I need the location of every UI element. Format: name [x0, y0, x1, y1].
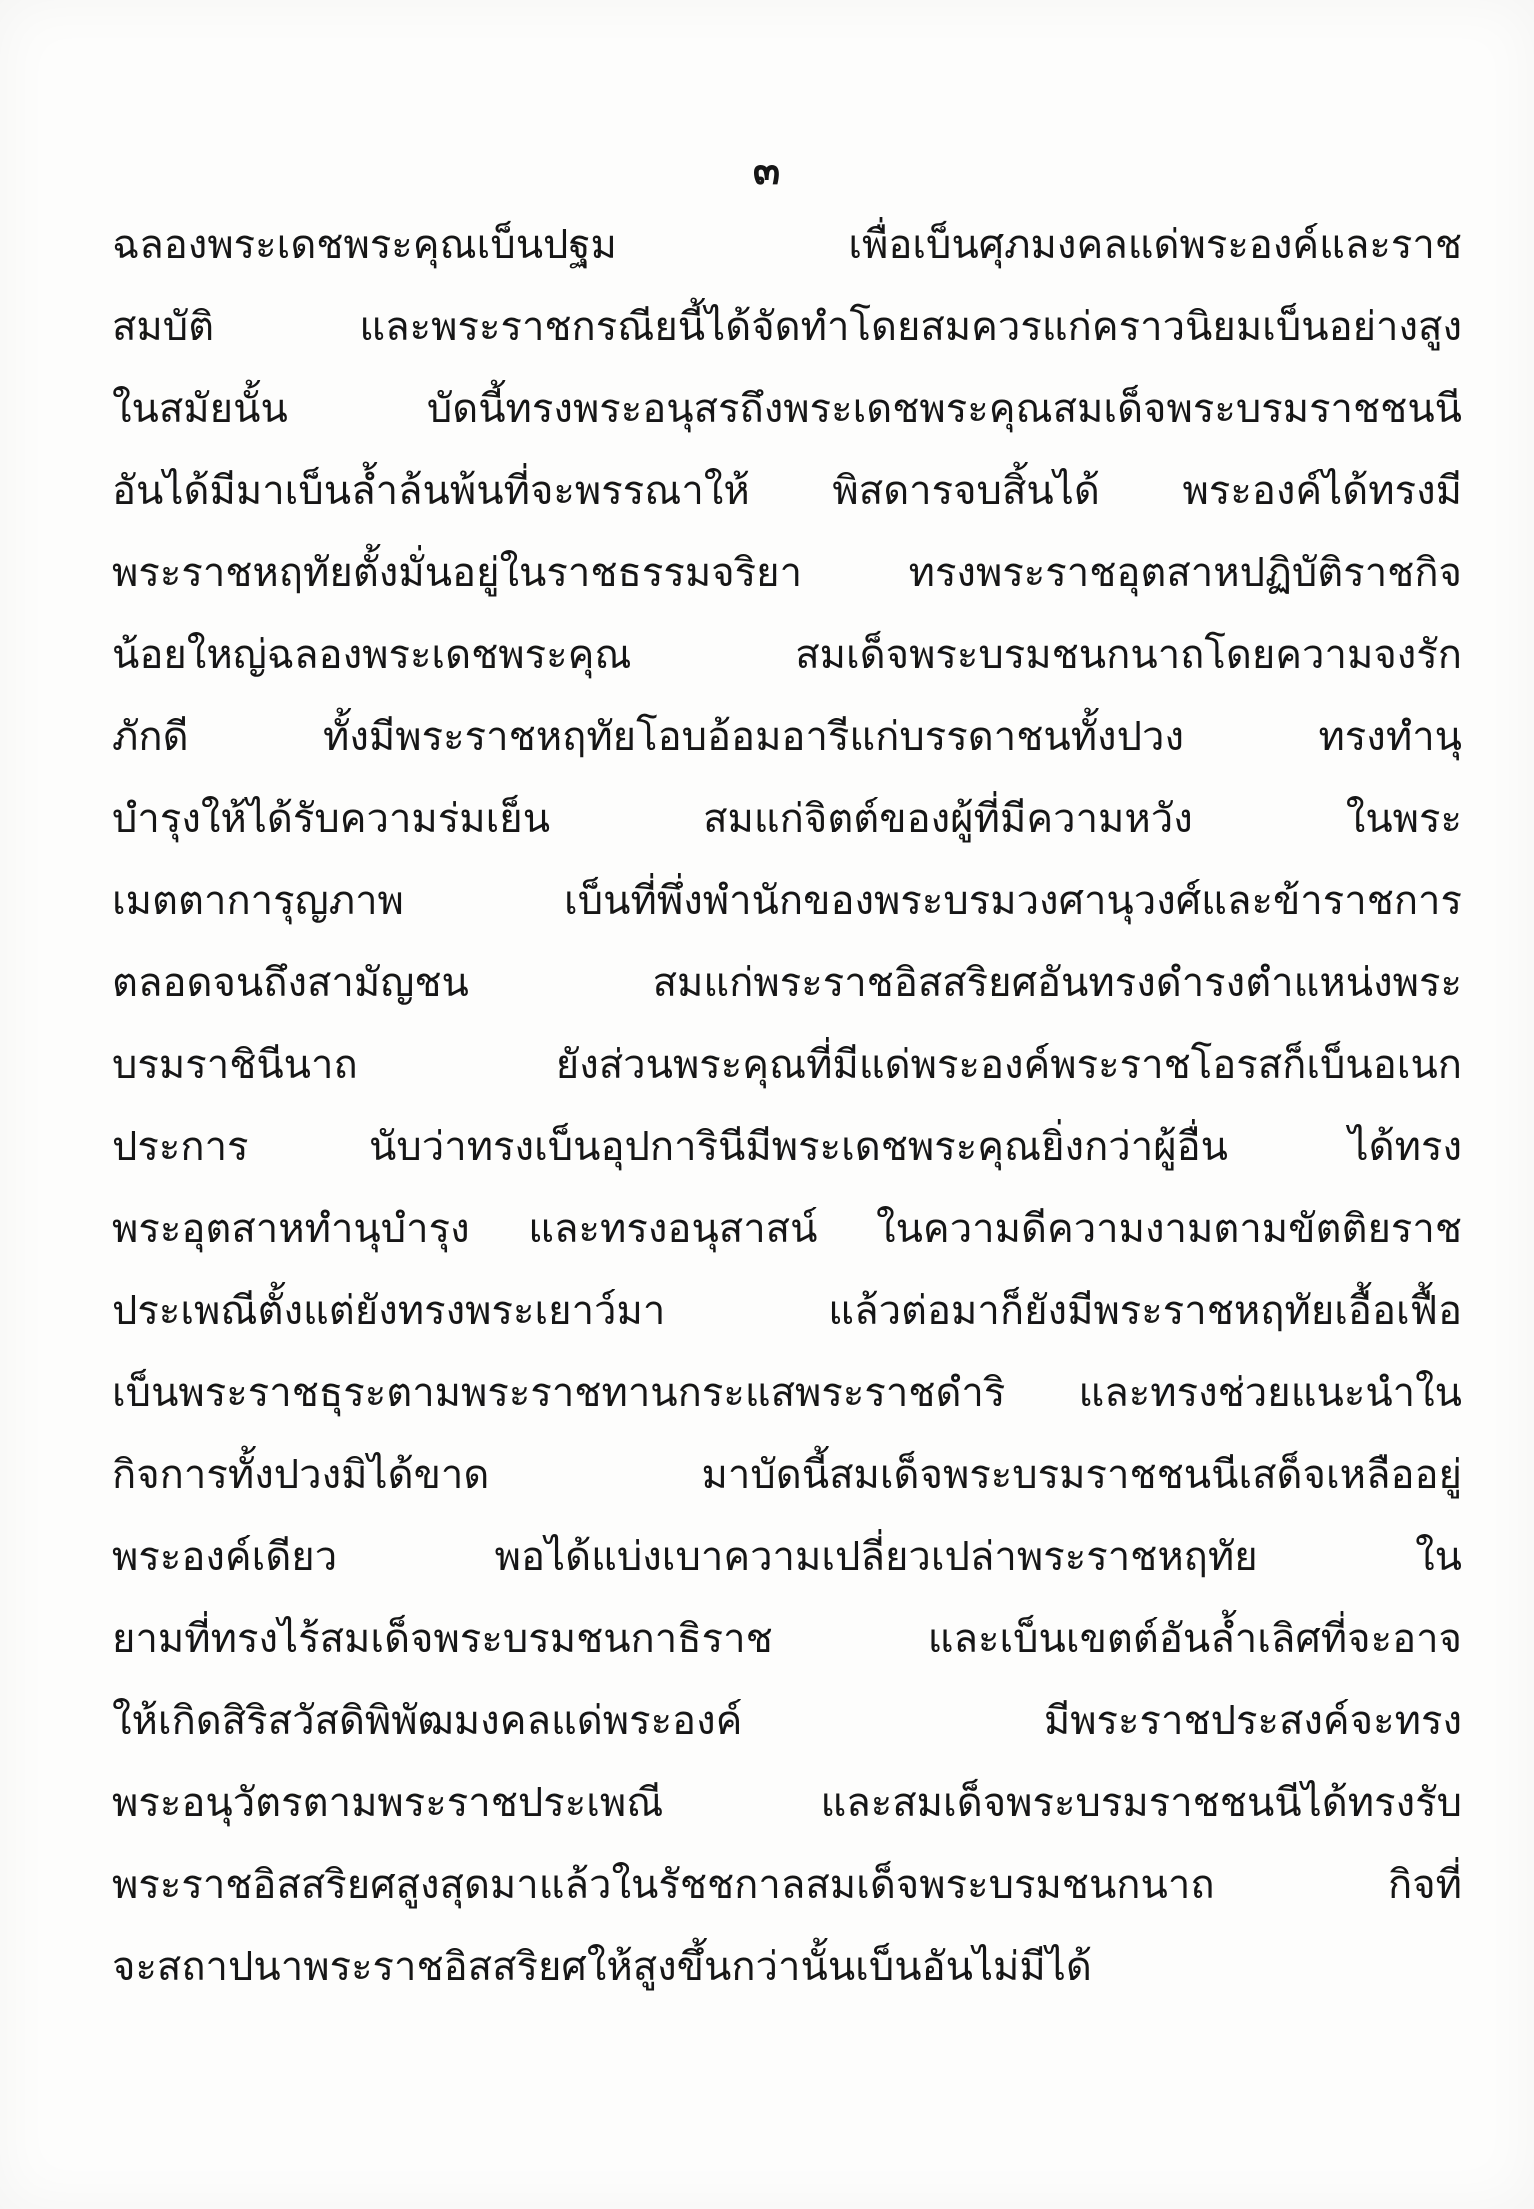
text-line: ฉลองพระเดชพระคุณเบ็นปฐม เพื่อเบ็นศุภมงคล… [112, 204, 1462, 286]
text-line: น้อยใหญ่ฉลองพระเดชพระคุณ สมเด็จพระบรมชนก… [112, 614, 1462, 696]
text-line: พระอนุวัตรตามพระราชประเพณี และสมเด็จพระบ… [112, 1762, 1462, 1844]
text-line: ในสมัยนั้น บัดนี้ทรงพระอนุสรถึงพระเดชพระ… [112, 368, 1462, 450]
text-line: กิจการทั้งปวงมิได้ขาด มาบัดนี้สมเด็จพระบ… [112, 1434, 1462, 1516]
text-line: ประการ นับว่าทรงเบ็นอุปการินีมีพระเดชพระ… [112, 1106, 1462, 1188]
text-line: บำรุงให้ได้รับความร่มเย็น สมแก่จิตต์ของผ… [112, 778, 1462, 860]
body-text-block: ฉลองพระเดชพระคุณเบ็นปฐม เพื่อเบ็นศุภมงคล… [112, 204, 1462, 2008]
text-line: ประเพณีตั้งแต่ยังทรงพระเยาว์มา แล้วต่อมา… [112, 1270, 1462, 1352]
text-line: บรมราชินีนาถ ยังส่วนพระคุณที่มีแด่พระองค… [112, 1024, 1462, 1106]
text-line: สมบัติ และพระราชกรณียนี้ได้จัดทำโดยสมควร… [112, 286, 1462, 368]
page-number: ๓ [0, 138, 1534, 202]
text-line: ให้เกิดสิริสวัสดิพิพัฒมงคลแด่พระองค์ มีพ… [112, 1680, 1462, 1762]
text-line: จะสถาปนาพระราชอิสสริยศให้สูงขึ้นกว่านั้น… [112, 1926, 1462, 2008]
text-line: พระราชอิสสริยศสูงสุดมาแล้วในรัชชกาลสมเด็… [112, 1844, 1462, 1926]
text-line: เบ็นพระราชธุระตามพระราชทานกระแสพระราชดำร… [112, 1352, 1462, 1434]
text-line: อันได้มีมาเบ็นล้ำล้นพ้นที่จะพรรณาให้ พิส… [112, 450, 1462, 532]
text-line: ตลอดจนถึงสามัญชน สมแก่พระราชอิสสริยศอันท… [112, 942, 1462, 1024]
text-line: พระอุตสาหทำนุบำรุง และทรงอนุสาสน์ ในความ… [112, 1188, 1462, 1270]
document-page: ๓ ฉลองพระเดชพระคุณเบ็นปฐม เพื่อเบ็นศุภมง… [0, 0, 1534, 2209]
text-line: เมตตาการุญภาพ เบ็นที่พึ่งพำนักของพระบรมว… [112, 860, 1462, 942]
text-line: ยามที่ทรงไร้สมเด็จพระบรมชนกาธิราช และเบ็… [112, 1598, 1462, 1680]
text-line: พระองค์เดียว พอได้แบ่งเบาความเปลี่ยวเปล่… [112, 1516, 1462, 1598]
text-line: ภักดี ทั้งมีพระราชหฤทัยโอบอ้อมอารีแก่บรร… [112, 696, 1462, 778]
text-line: พระราชหฤทัยตั้งมั่นอยู่ในราชธรรมจริยา ทร… [112, 532, 1462, 614]
